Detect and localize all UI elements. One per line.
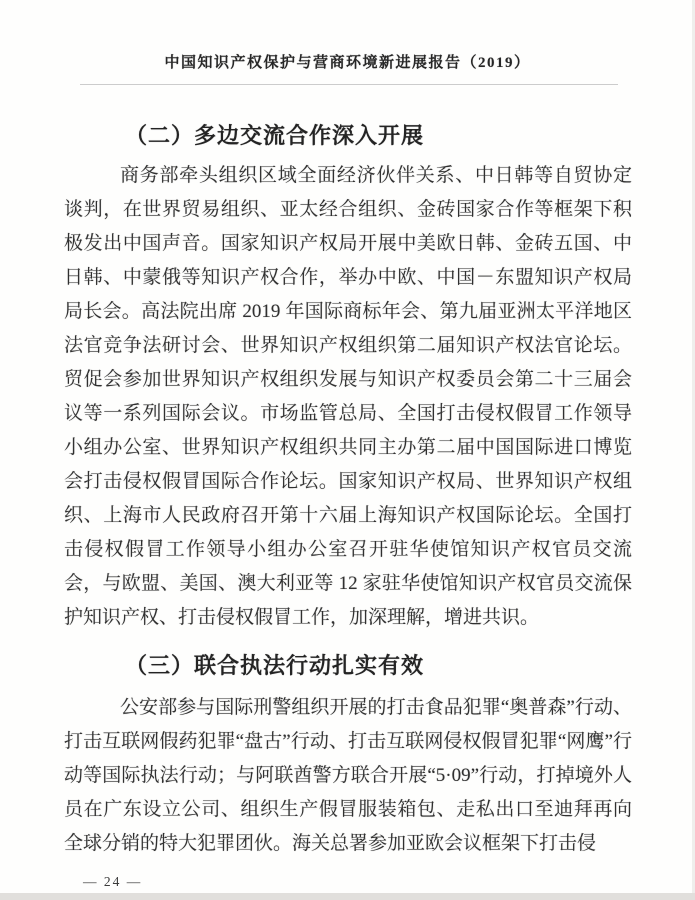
header-divider-rule xyxy=(80,84,618,85)
running-header-title: 中国知识产权保护与营商环境新进展报告（2019） xyxy=(0,51,695,72)
scan-edge-bottom xyxy=(0,893,695,900)
section-heading-joint-enforcement: （三）联合执法行动扎实有效 xyxy=(125,652,424,680)
document-page: 中国知识产权保护与营商环境新进展报告（2019） （二）多边交流合作深入开展 商… xyxy=(0,0,695,900)
section-paragraph: 商务部牵头组织区域全面经济伙伴关系、中日韩等自贸协定谈判，在世界贸易组织、亚太经… xyxy=(64,159,632,637)
page-number: — 24 — xyxy=(83,874,142,890)
section-heading-multilateral-exchange: （二）多边交流合作深入开展 xyxy=(125,122,424,150)
section-paragraph: 公安部参与国际刑警组织开展的打击食品犯罪“奥普森”行动、打击互联网假药犯罪“盘古… xyxy=(64,691,632,865)
